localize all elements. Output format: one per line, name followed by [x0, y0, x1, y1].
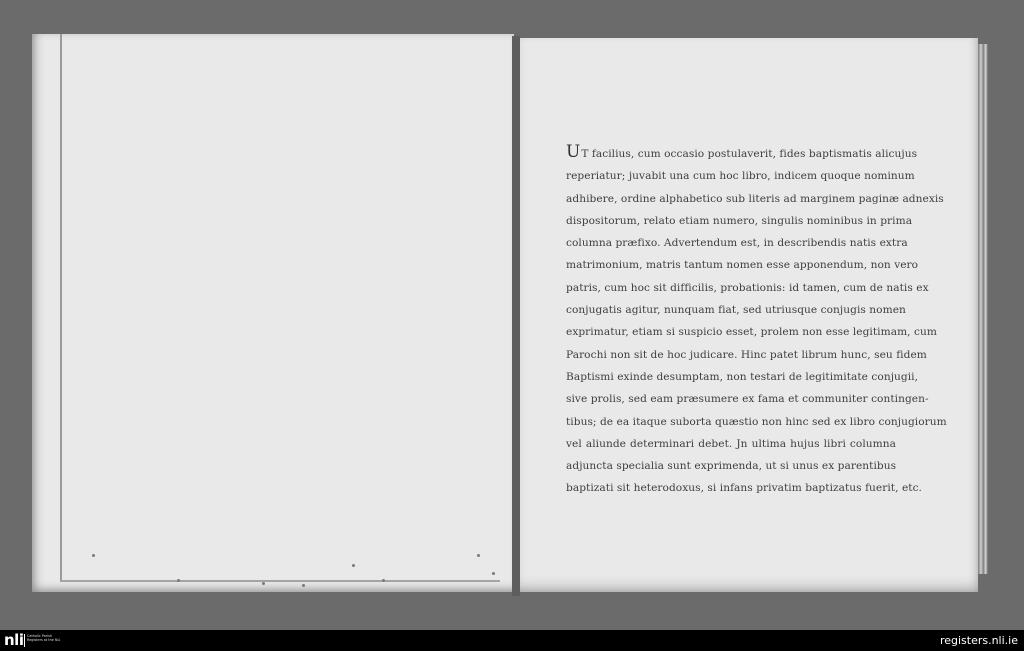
dropcap: U	[566, 142, 580, 162]
left-page	[32, 34, 514, 592]
text-line: sive prolis, sed eam præsumere ex fama e…	[566, 388, 896, 410]
latin-preface-text: UT facilius, cum occasio postulaverit, f…	[566, 143, 896, 500]
text-line: exprimatur, etiam si suspicio esset, pro…	[566, 321, 896, 343]
text-line: reperiatur; juvabit una cum hoc libro, i…	[566, 165, 896, 187]
text-line: matrimonium, matris tantum nomen esse ap…	[566, 254, 896, 276]
foxing-spot	[492, 572, 495, 575]
text-line: adhibere, ordine alphabetico sub literis…	[566, 188, 896, 210]
foxing-spot	[177, 579, 180, 582]
page-edge-line	[60, 580, 500, 582]
text-line: tibus; de ea itaque suborta quæstio non …	[566, 411, 896, 433]
logo-divider	[24, 634, 25, 647]
text-line: Baptismi exinde desumptam, non testari d…	[566, 366, 896, 388]
text-line: adjuncta specialia sunt exprimenda, ut s…	[566, 455, 896, 477]
foxing-spot	[352, 564, 355, 567]
site-link[interactable]: registers.nli.ie	[940, 633, 1018, 648]
foxing-spot	[302, 584, 305, 587]
foxing-spot	[262, 582, 265, 585]
footer-bar: nli Catholic Parish Registers at the NLI…	[0, 630, 1024, 651]
text-line: dispositorum, relato etiam numero, singu…	[566, 210, 896, 232]
text-line: columna præfixo. Advertendum est, in des…	[566, 232, 896, 254]
logo-subtitle: Catholic Parish Registers at the NLI	[27, 634, 67, 642]
image-viewer[interactable]: UT facilius, cum occasio postulaverit, f…	[0, 0, 1024, 630]
foxing-spot	[92, 554, 95, 557]
text-line: vel aliunde determinari debet. Jn ultima…	[566, 433, 896, 455]
text-line: patris, cum hoc sit difficilis, probatio…	[566, 277, 896, 299]
page-edges	[978, 44, 988, 574]
text-line: UT facilius, cum occasio postulaverit, f…	[566, 143, 896, 165]
foxing-spot	[382, 579, 385, 582]
text-line: Parochi non sit de hoc judicare. Hinc pa…	[566, 344, 896, 366]
page-edge-line	[60, 34, 62, 582]
text-line: baptizati sit heterodoxus, si infans pri…	[566, 477, 896, 499]
foxing-spot	[477, 554, 480, 557]
book-gutter	[512, 36, 520, 596]
nli-logo[interactable]: nli	[4, 633, 23, 648]
text-line: conjugatis agitur, nunquam fiat, sed utr…	[566, 299, 896, 321]
